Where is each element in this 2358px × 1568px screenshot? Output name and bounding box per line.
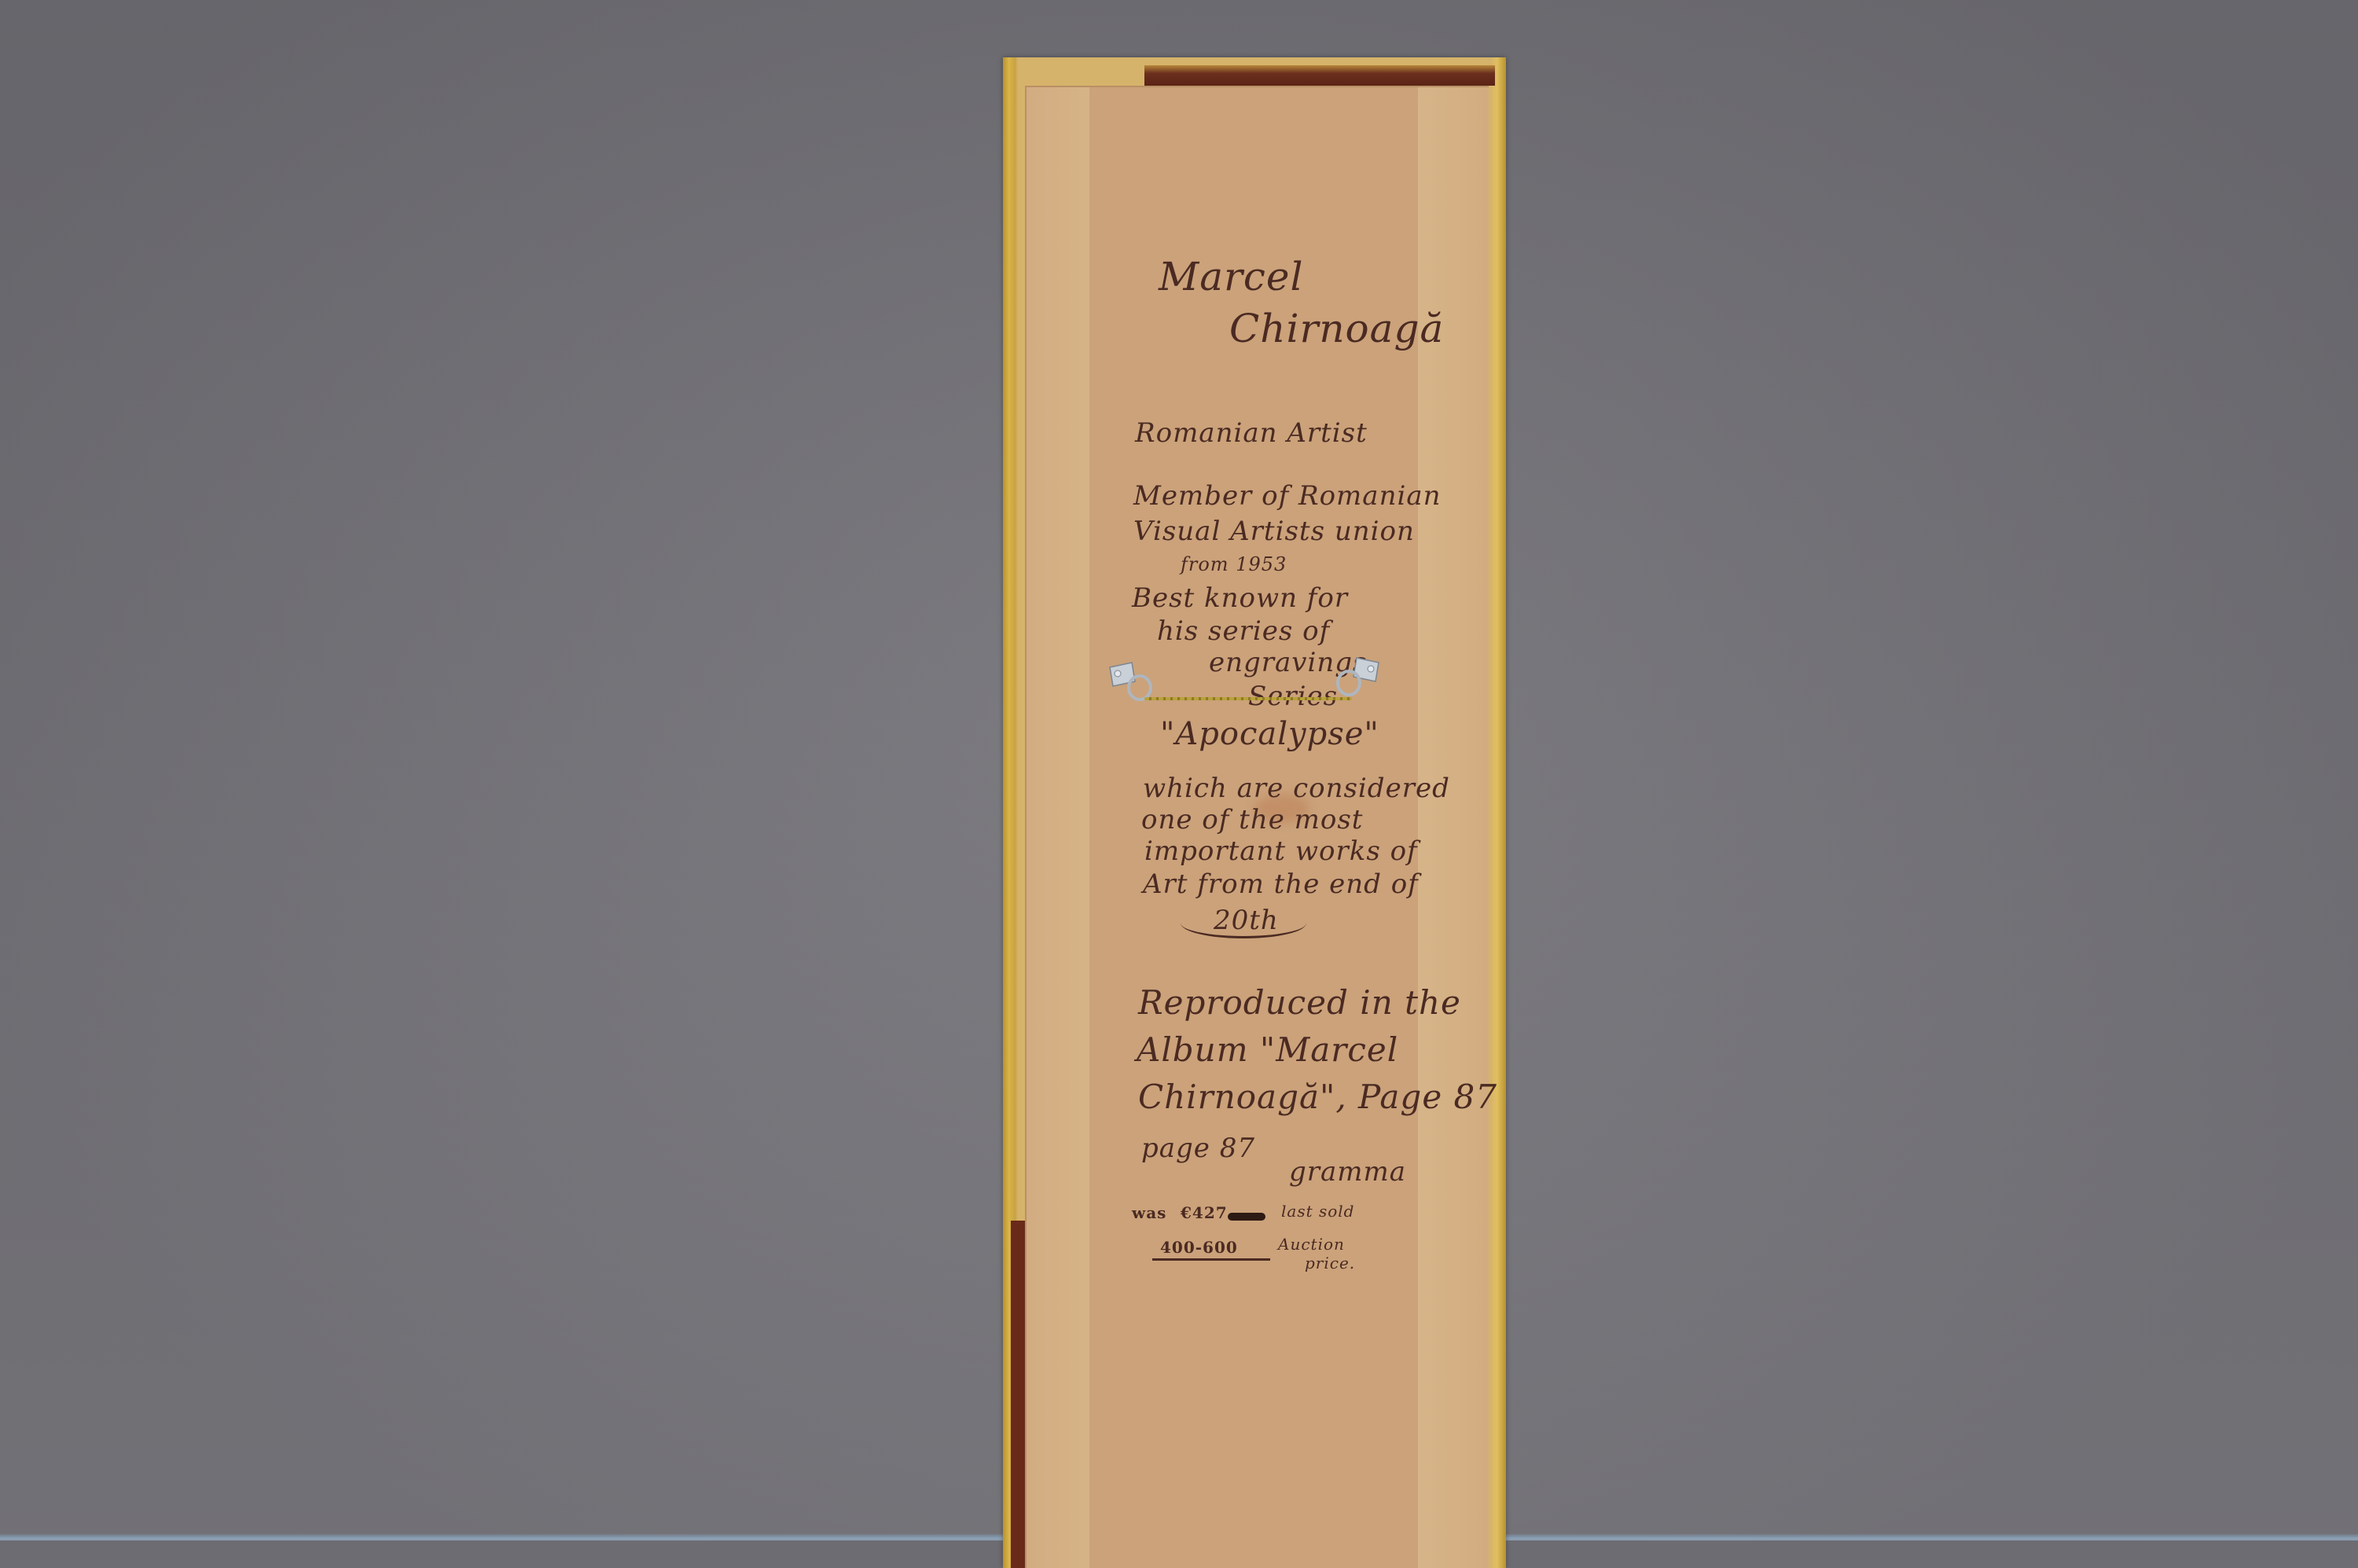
backing-tape-left	[1027, 87, 1089, 1568]
significance-line-2: one of the most	[1141, 804, 1363, 835]
page-reference: page 87	[1141, 1133, 1255, 1164]
picture-frame: Marcel Chirnoagă Romanian Artist Member …	[1003, 57, 1506, 1568]
d-ring-hanger-right-icon	[1335, 656, 1380, 697]
significance-line-1: which are considered	[1143, 773, 1450, 804]
last-sold-label: last sold	[1281, 1202, 1354, 1221]
auction-label: Auction	[1278, 1235, 1345, 1254]
publisher: gramma	[1289, 1156, 1406, 1188]
membership-line-3: from 1953	[1181, 553, 1287, 575]
significance-line-4: Art from the end of	[1143, 868, 1419, 900]
hanging-wire	[1144, 697, 1352, 700]
last-sold-price: €427	[1181, 1203, 1228, 1222]
artist-last-name: Chirnoagă	[1229, 306, 1444, 351]
price-label: price.	[1305, 1254, 1355, 1272]
frame-left-edge	[1011, 1221, 1025, 1568]
price-was-label: was	[1132, 1203, 1166, 1222]
series-title: "Apocalypse"	[1160, 716, 1379, 752]
membership-line-1: Member of Romanian	[1133, 480, 1442, 512]
estimate-underline	[1152, 1247, 1270, 1261]
known-for-line-1: Best known for	[1132, 582, 1348, 614]
d-ring-hanger-left-icon	[1108, 661, 1154, 702]
membership-line-2: Visual Artists union	[1133, 516, 1415, 547]
frame-backing-board: Marcel Chirnoagă Romanian Artist Member …	[1025, 86, 1489, 1568]
significance-line-3: important works of	[1144, 835, 1418, 867]
century-circle	[1181, 908, 1306, 938]
artist-first-name: Marcel	[1159, 254, 1304, 299]
artist-role: Romanian Artist	[1135, 417, 1368, 449]
redacted-mark	[1228, 1213, 1265, 1221]
series-label: Series	[1248, 681, 1338, 712]
reproduced-line-1: Reproduced in the	[1138, 983, 1461, 1022]
frame-top-edge	[1144, 65, 1495, 86]
reproduced-line-2: Album "Marcel	[1137, 1030, 1398, 1069]
reproduced-line-3: Chirnoagă", Page 87	[1138, 1078, 1497, 1116]
known-for-line-2: his series of	[1157, 615, 1330, 647]
